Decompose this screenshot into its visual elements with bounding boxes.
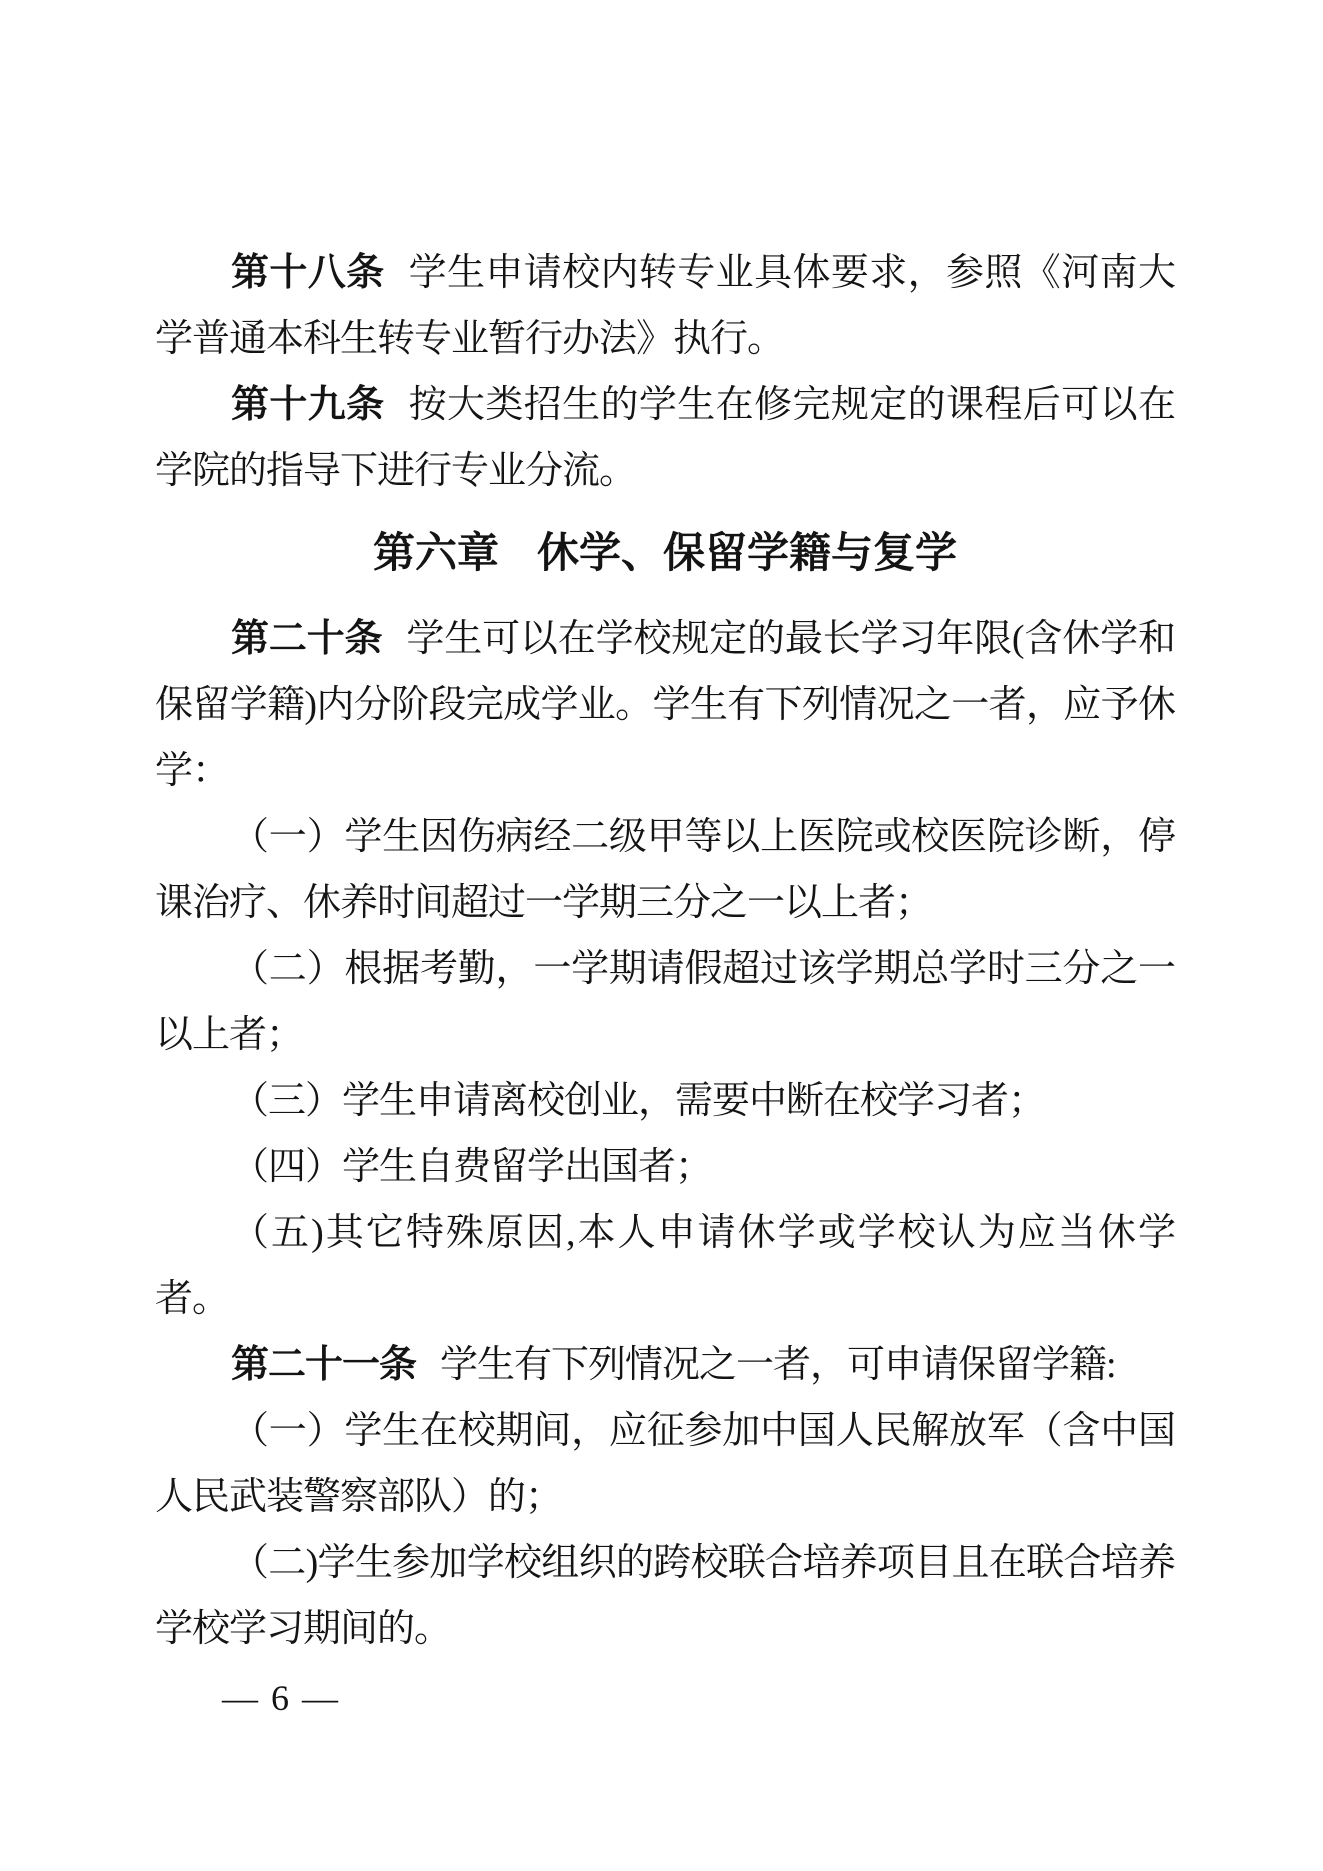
article-20: 第二十条学生可以在学校规定的最长学习年限(含休学和保留学籍)内分阶段完成学业。学…	[155, 606, 1175, 804]
article-21-item-1: （一）学生在校期间，应征参加中国人民解放军（含中国人民武装警察部队）的；	[155, 1398, 1175, 1530]
document-body: 第十八条学生申请校内转专业具体要求，参照《河南大学普通本科生转专业暂行办法》执行…	[155, 240, 1175, 1662]
article-19-label: 第十九条	[231, 384, 385, 426]
article-20-label: 第二十条	[231, 618, 382, 660]
article-18: 第十八条学生申请校内转专业具体要求，参照《河南大学普通本科生转专业暂行办法》执行…	[155, 240, 1175, 372]
article-21: 第二十一条学生有下列情况之一者，可申请保留学籍:	[155, 1332, 1175, 1398]
article-21-item-2: （二)学生参加学校组织的跨校联合培养项目且在联合培养学校学习期间的。	[155, 1530, 1175, 1662]
document-page: 第十八条学生申请校内转专业具体要求，参照《河南大学普通本科生转专业暂行办法》执行…	[0, 0, 1323, 1871]
chapter-6-heading-label: 第六章	[373, 529, 499, 576]
article-20-item-3: （三）学生申请离校创业，需要中断在校学习者；	[155, 1068, 1175, 1134]
article-20-item-2: （二）根据考勤，一学期请假超过该学期总学时三分之一以上者；	[155, 936, 1175, 1068]
article-21-label: 第二十一条	[231, 1344, 416, 1386]
article-20-item-1: （一）学生因伤病经二级甲等以上医院或校医院诊断，停课治疗、休养时间超过一学期三分…	[155, 804, 1175, 936]
article-19: 第十九条按大类招生的学生在修完规定的课程后可以在学院的指导下进行专业分流。	[155, 372, 1175, 504]
article-21-text: 学生有下列情况之一者，可申请保留学籍:	[440, 1344, 1116, 1386]
article-20-item-4: （四）学生自费留学出国者；	[155, 1134, 1175, 1200]
chapter-6-heading-title: 休学、保留学籍与复学	[537, 529, 957, 576]
chapter-6-heading: 第六章休学、保留学籍与复学	[155, 518, 1175, 588]
article-18-label: 第十八条	[231, 252, 385, 294]
article-20-item-5: （五)其它特殊原因,本人申请休学或学校认为应当休学者。	[155, 1200, 1175, 1332]
page-number: — 6 —	[222, 1678, 340, 1718]
